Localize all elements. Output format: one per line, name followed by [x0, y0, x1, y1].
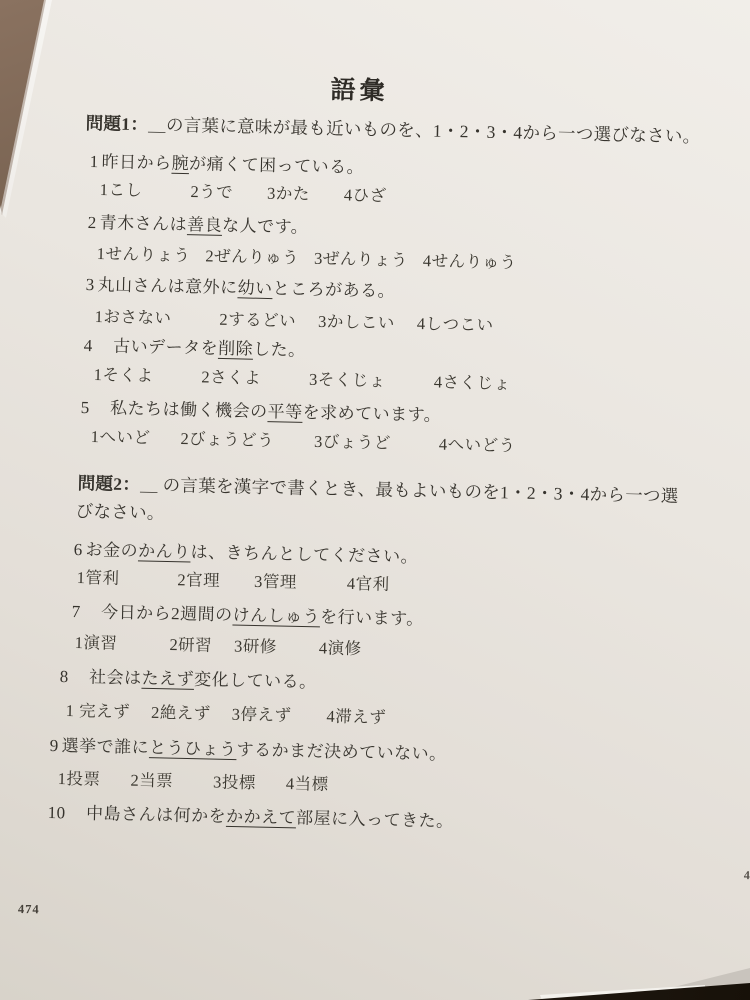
- question-9-option-4: 4当標: [286, 770, 329, 795]
- question-1-option-1: 1こし: [99, 176, 142, 201]
- question-7-pre: 今日から2週間の: [83, 602, 232, 624]
- question-5-option-3: 3びょうど: [314, 428, 391, 454]
- question-6-underlined-word: かんり: [138, 541, 191, 561]
- question-3-underlined-word: 幼い: [237, 278, 272, 298]
- question-2-option-4: 4せんりゅう: [423, 247, 517, 273]
- question-4-option-4: 4さくじょ: [434, 368, 511, 394]
- question-1-pre: 昨日から: [101, 152, 171, 173]
- question-9-number: 9: [49, 736, 58, 755]
- question-3-option-4: 4しつこい: [417, 310, 494, 336]
- question-2-sentence: 2青木さんは善良な人です。: [87, 208, 308, 238]
- question-10-pre: 中島さんは何かを: [68, 803, 226, 825]
- question-6-option-4: 4官利: [347, 570, 390, 595]
- question-8-option-2: 2絶えず: [151, 699, 211, 724]
- question-6-pre: お金の: [85, 540, 138, 560]
- question-1-post: が痛くて困っている。: [189, 154, 364, 177]
- question-4-pre: 古いデータを: [95, 336, 218, 358]
- question-10-post: 部屋に入ってきた。: [296, 808, 454, 830]
- question-1-underlined-word: 腕: [171, 154, 189, 173]
- question-9-option-2: 2当票: [130, 767, 173, 792]
- question-8-underlined-word: たえず: [141, 669, 194, 689]
- question-6-post: は、きちんとしてください。: [190, 543, 418, 567]
- question-2-option-2: 2ぜんりゅう: [205, 242, 299, 268]
- question-2-underlined-word: 善良: [187, 215, 222, 235]
- question-7-option-4: 4演修: [319, 634, 362, 659]
- problem1-label: 問題1：: [85, 113, 148, 134]
- question-6-option-3: 3管理: [254, 568, 297, 593]
- section-title: 語彙: [330, 70, 389, 107]
- question-1-option-3: 3かた: [267, 180, 310, 205]
- page-number: 474: [18, 902, 40, 917]
- page-number-partial-right: 4: [744, 868, 750, 883]
- question-5-option-4: 4へいどう: [439, 431, 516, 457]
- question-3-option-2: 2するどい: [219, 306, 296, 332]
- question-3-option-1: 1おさない: [94, 303, 171, 329]
- question-10-number: 10: [47, 803, 65, 822]
- question-4-number: 4: [83, 336, 92, 355]
- question-8-post: 変化している。: [194, 670, 317, 692]
- problem2-label: 問題2：: [77, 473, 140, 494]
- question-7-option-3: 3研修: [234, 632, 277, 657]
- question-7-underlined-word: けんしゅう: [232, 606, 320, 627]
- question-8-option-3: 3停えず: [232, 701, 292, 726]
- question-5-underlined-word: 平等: [267, 402, 302, 422]
- question-7-option-1: 1演習: [74, 629, 117, 654]
- question-4-option-2: 2さくよ: [201, 363, 261, 388]
- question-6-option-1: 1管利: [76, 564, 119, 589]
- problem2-instruction-line2: びなさい。: [75, 501, 164, 523]
- question-8-pre: 社会は: [71, 667, 141, 688]
- question-3-post: ところがある。: [272, 279, 395, 301]
- question-2-pre: 青木さんは: [99, 213, 187, 234]
- question-5-pre: 私たちは働く機会の: [92, 398, 267, 421]
- question-8-number: 8: [59, 667, 68, 686]
- question-2-post: な人です。: [222, 216, 309, 237]
- problem2-header-line2: びなさい。: [75, 498, 165, 525]
- question-5-number: 5: [80, 398, 89, 417]
- question-9-pre: 選挙で誰に: [61, 736, 149, 757]
- question-2-option-1: 1せんりょう: [96, 240, 190, 266]
- question-9-option-3: 3投標: [213, 768, 256, 793]
- question-4-underlined-word: 削除: [218, 339, 253, 359]
- question-3-option-3: 3かしこい: [318, 308, 395, 334]
- question-3-pre: 丸山さんは意外に: [97, 275, 237, 297]
- question-5-option-2: 2びょうどう: [180, 425, 274, 451]
- question-9-underlined-word: とうひょう: [149, 738, 237, 759]
- question-8-option-4: 4滞えず: [326, 703, 386, 728]
- question-7-number: 7: [71, 602, 80, 621]
- question-6-option-2: 2官理: [177, 566, 220, 591]
- question-9-post: するかまだ決めていない。: [236, 740, 446, 764]
- question-1-option-4: 4ひざ: [344, 181, 387, 206]
- question-7-post: を行います。: [320, 607, 424, 628]
- question-1-number: 1: [89, 152, 98, 171]
- question-9-option-1: 1投票: [57, 765, 100, 790]
- question-5-post: を求めています。: [302, 403, 441, 425]
- question-4-post: した。: [253, 340, 306, 360]
- question-6-number: 6: [73, 540, 82, 559]
- question-4-option-1: 1そくよ: [93, 361, 153, 386]
- question-5-option-1: 1へいど: [90, 423, 150, 448]
- question-4-sentence: 4 古いデータを削除した。: [83, 331, 305, 361]
- question-1-option-2: 2うで: [190, 178, 233, 203]
- question-8-option-1: 1 完えず: [65, 697, 130, 722]
- question-7-option-2: 2研習: [169, 631, 212, 656]
- question-2-option-3: 3ぜんりょう: [314, 245, 408, 271]
- question-3-number: 3: [85, 275, 94, 294]
- question-2-number: 2: [87, 213, 96, 232]
- question-4-option-3: 3そくじょ: [309, 366, 386, 392]
- question-10-underlined-word: かかえて: [226, 807, 296, 828]
